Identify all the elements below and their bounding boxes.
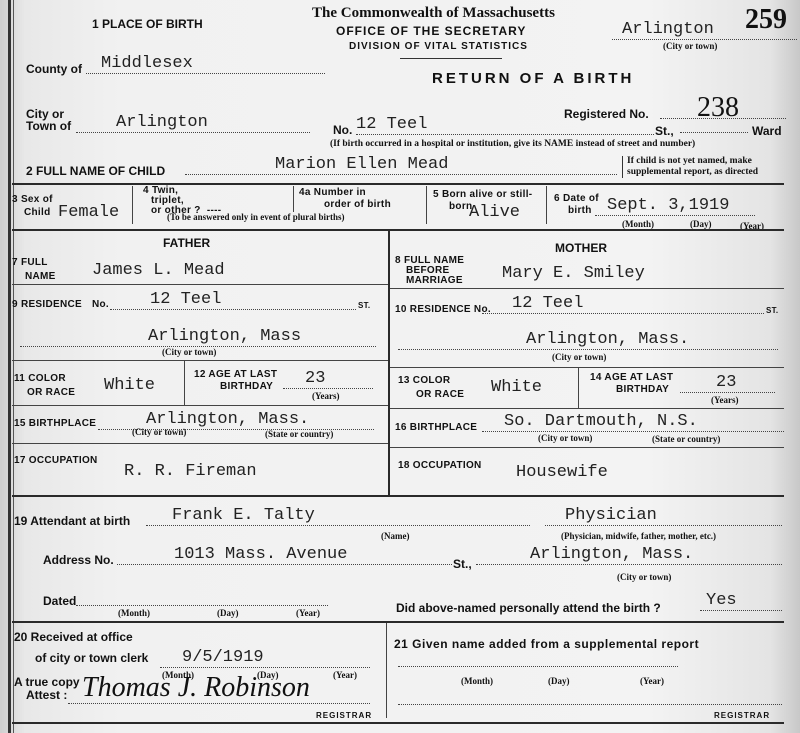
county-label: County of xyxy=(26,62,82,76)
father-residence-label: 9 RESIDENCE xyxy=(12,299,82,310)
registered-value: 238 xyxy=(697,92,739,124)
received-label-line2: of city or town clerk xyxy=(35,651,148,665)
hospital-note: (If birth occurred in a hospital or inst… xyxy=(330,139,695,149)
city-label: City or Town of xyxy=(26,108,71,132)
child-name-note-line1: If child is not yet named, make xyxy=(627,156,758,167)
attendant-name-caption: (Name) xyxy=(381,531,410,541)
father-age-label: 12 AGE AT LAST BIRTHDAY xyxy=(194,369,277,393)
child-name-label: 2 FULL NAME OF CHILD xyxy=(26,164,165,178)
attendant-role-caption: (Physician, midwife, father, mother, etc… xyxy=(561,531,716,541)
mother-bp-city-caption: (City or town) xyxy=(538,433,592,443)
father-occupation-value: R. R. Fireman xyxy=(124,462,257,481)
mother-bp-state-caption: (State or country) xyxy=(652,434,720,444)
father-birthplace-label: 15 BIRTHPLACE xyxy=(14,418,96,429)
mother-age-label-line2: BIRTHDAY xyxy=(590,384,673,396)
father-residence-no-label: No. xyxy=(92,299,109,310)
father-bp-city-caption: (City or town) xyxy=(132,427,186,437)
mother-birthplace-label: 16 BIRTHPLACE xyxy=(395,422,477,433)
father-age-value: 23 xyxy=(283,369,373,389)
divider-father-color xyxy=(184,361,185,405)
left-border-inner xyxy=(13,0,14,733)
father-years-caption: (Years) xyxy=(312,391,340,401)
divider-received-supplemental xyxy=(386,623,387,718)
attendant-role-value: Physician xyxy=(545,506,782,526)
true-copy-label: A true copy Attest : xyxy=(14,676,80,702)
mother-age-value: 23 xyxy=(680,373,775,393)
divider-father-mother xyxy=(388,231,390,497)
st-label: St., xyxy=(655,124,674,138)
divider-attendant xyxy=(12,495,784,497)
divider-child xyxy=(12,183,784,185)
father-occupation-label: 17 OCCUPATION xyxy=(14,455,98,466)
dated-year-caption: (Year) xyxy=(296,608,320,618)
plural-note: (To be answered only in event of plural … xyxy=(167,212,345,222)
dob-value: Sept. 3,1919 xyxy=(595,196,755,216)
mother-city-caption: (City or town) xyxy=(552,352,606,362)
father-residence-street: 12 Teel xyxy=(110,290,356,310)
header-ornament xyxy=(400,58,502,59)
mother-age-label-line1: 14 AGE AT LAST xyxy=(590,372,673,384)
mother-color-label-line2: OR RACE xyxy=(398,388,464,402)
order-label-line1: 4a Number in xyxy=(299,187,391,199)
registrar-signature: Thomas J. Robinson xyxy=(82,672,310,704)
attend-value: Yes xyxy=(700,591,782,611)
divider-parents xyxy=(12,229,784,231)
mother-color-label-line1: 13 COLOR xyxy=(398,374,464,388)
attendant-label: 19 Attendant at birth xyxy=(14,514,130,528)
father-st-label: ST. xyxy=(358,301,370,310)
birth-certificate: 1 PLACE OF BIRTH The Commonwealth of Mas… xyxy=(0,0,800,733)
father-name-value: James L. Mead xyxy=(92,261,225,280)
county-value: Middlesex xyxy=(86,54,325,74)
supplemental-registrar-line xyxy=(398,704,782,705)
child-name-note-line2: supplemental report, as directed xyxy=(627,167,758,178)
divider-father-residence xyxy=(12,360,388,361)
divider-born xyxy=(546,186,547,224)
commonwealth-title: The Commonwealth of Massachusetts xyxy=(312,5,555,22)
sex-value: Female xyxy=(58,203,119,222)
mother-occupation-value: Housewife xyxy=(516,463,608,482)
dated-line xyxy=(76,605,328,606)
order-label: 4a Number in order of birth xyxy=(299,187,391,211)
divider-father-birthplace xyxy=(12,443,388,444)
father-color-label: 11 COLOR OR RACE xyxy=(14,372,75,400)
divider-order xyxy=(426,186,427,224)
mother-residence-city: Arlington, Mass. xyxy=(398,330,778,350)
mother-name-label-line3: MARRIAGE xyxy=(395,276,464,286)
mother-birthplace-value: So. Dartmouth, N.S. xyxy=(482,412,784,432)
mother-age-label: 14 AGE AT LAST BIRTHDAY xyxy=(590,372,673,396)
supplemental-day-caption: (Day) xyxy=(548,676,570,686)
supplemental-year-caption: (Year) xyxy=(640,676,664,686)
dob-month-caption: (Month) xyxy=(622,219,654,229)
born-label-line1: 5 Born alive or still- xyxy=(433,189,532,201)
dated-label: Dated xyxy=(43,594,76,608)
mother-years-caption: (Years) xyxy=(711,395,739,405)
mother-st-label: ST. xyxy=(766,306,778,315)
father-age-label-line1: 12 AGE AT LAST xyxy=(194,369,277,381)
father-age-label-line2: BIRTHDAY xyxy=(194,381,277,393)
supplemental-month-caption: (Month) xyxy=(461,676,493,686)
dob-label-line2: birth xyxy=(554,205,599,217)
dated-month-caption: (Month) xyxy=(118,608,150,618)
father-heading: FATHER xyxy=(163,236,210,250)
dob-label: 6 Date of birth xyxy=(554,193,599,217)
attendant-st-label: St., xyxy=(453,557,472,571)
child-name-value: Marion Ellen Mead xyxy=(185,155,617,175)
father-color-value: White xyxy=(104,376,155,395)
supplemental-date-line xyxy=(398,666,678,667)
divider-mother-name xyxy=(390,288,784,289)
attendant-city-value: Arlington, Mass. xyxy=(476,545,782,565)
mother-residence-street: 12 Teel xyxy=(482,294,764,314)
page-number: 259 xyxy=(745,4,787,36)
header-city-caption: (City or town) xyxy=(663,41,717,51)
sex-label-line1: 3 Sex of xyxy=(12,193,53,206)
registrar-caption-right: REGISTRAR xyxy=(714,711,770,720)
dated-day-caption: (Day) xyxy=(217,608,239,618)
divider-mother-residence xyxy=(390,367,784,368)
father-bp-state-caption: (State or country) xyxy=(265,429,333,439)
city-label-line2: Town of xyxy=(26,120,71,132)
mother-name-value: Mary E. Smiley xyxy=(502,264,645,283)
attend-question: Did above-named personally attend the bi… xyxy=(396,601,661,615)
street-no-label: No. xyxy=(333,123,352,137)
father-name-label: 7 FULL NAME xyxy=(12,256,56,284)
place-of-birth-label: 1 PLACE OF BIRTH xyxy=(92,17,203,31)
mother-name-label: 8 FULL NAME BEFORE MARRIAGE xyxy=(395,256,464,286)
child-name-note: If child is not yet named, make suppleme… xyxy=(622,156,758,178)
divider-twin xyxy=(293,186,294,212)
divider-received xyxy=(12,621,784,623)
attendant-address-label: Address No. xyxy=(43,553,114,567)
father-residence-city: Arlington, Mass xyxy=(20,327,376,347)
mother-color-value: White xyxy=(491,378,542,397)
born-value: Alive xyxy=(469,203,520,222)
order-label-line2: order of birth xyxy=(299,199,391,211)
father-name-label-line1: 7 FULL xyxy=(12,256,56,270)
divider-mother-color xyxy=(578,368,579,408)
form-title: RETURN OF A BIRTH xyxy=(432,70,634,87)
sex-label: 3 Sex of Child xyxy=(12,193,53,219)
dob-label-line1: 6 Date of xyxy=(554,193,599,205)
divider-sex xyxy=(132,186,133,224)
office-title: OFFICE OF THE SECRETARY xyxy=(336,24,526,38)
dob-day-caption: (Day) xyxy=(690,219,712,229)
divider-father-color-row xyxy=(12,405,388,406)
divider-mother-birthplace xyxy=(390,447,784,448)
registrar-caption-left: REGISTRAR xyxy=(316,711,372,720)
received-date-value: 9/5/1919 xyxy=(160,648,370,668)
sex-label-line2: Child xyxy=(12,206,53,219)
left-border xyxy=(8,0,11,733)
mother-occupation-label: 18 OCCUPATION xyxy=(398,460,482,471)
street-value: 12 Teel xyxy=(356,115,654,135)
ward-line xyxy=(680,132,748,133)
division-title: DIVISION OF VITAL STATISTICS xyxy=(349,41,528,52)
ward-label: Ward xyxy=(752,124,782,138)
father-city-caption: (City or town) xyxy=(162,347,216,357)
received-label-line1: 20 Received at office xyxy=(14,630,133,644)
divider-father-name xyxy=(12,284,388,285)
received-year-caption: (Year) xyxy=(333,670,357,680)
father-name-label-line2: NAME xyxy=(12,270,56,284)
city-value: Arlington xyxy=(76,113,310,133)
mother-color-label: 13 COLOR OR RACE xyxy=(398,374,464,402)
attendant-city-caption: (City or town) xyxy=(617,572,671,582)
divider-bottom xyxy=(12,722,784,724)
attendant-address-value: 1013 Mass. Avenue xyxy=(117,545,452,565)
attendant-name-value: Frank E. Talty xyxy=(146,506,530,526)
father-color-label-line1: 11 COLOR xyxy=(14,372,75,386)
mother-heading: MOTHER xyxy=(555,241,607,255)
mother-residence-label: 10 RESIDENCE No. xyxy=(395,304,491,315)
divider-mother-color-row xyxy=(390,408,784,409)
father-color-label-line2: OR RACE xyxy=(14,386,75,400)
true-copy-line2: Attest : xyxy=(14,689,80,702)
supplemental-label: 21 Given name added from a supplemental … xyxy=(394,637,699,651)
